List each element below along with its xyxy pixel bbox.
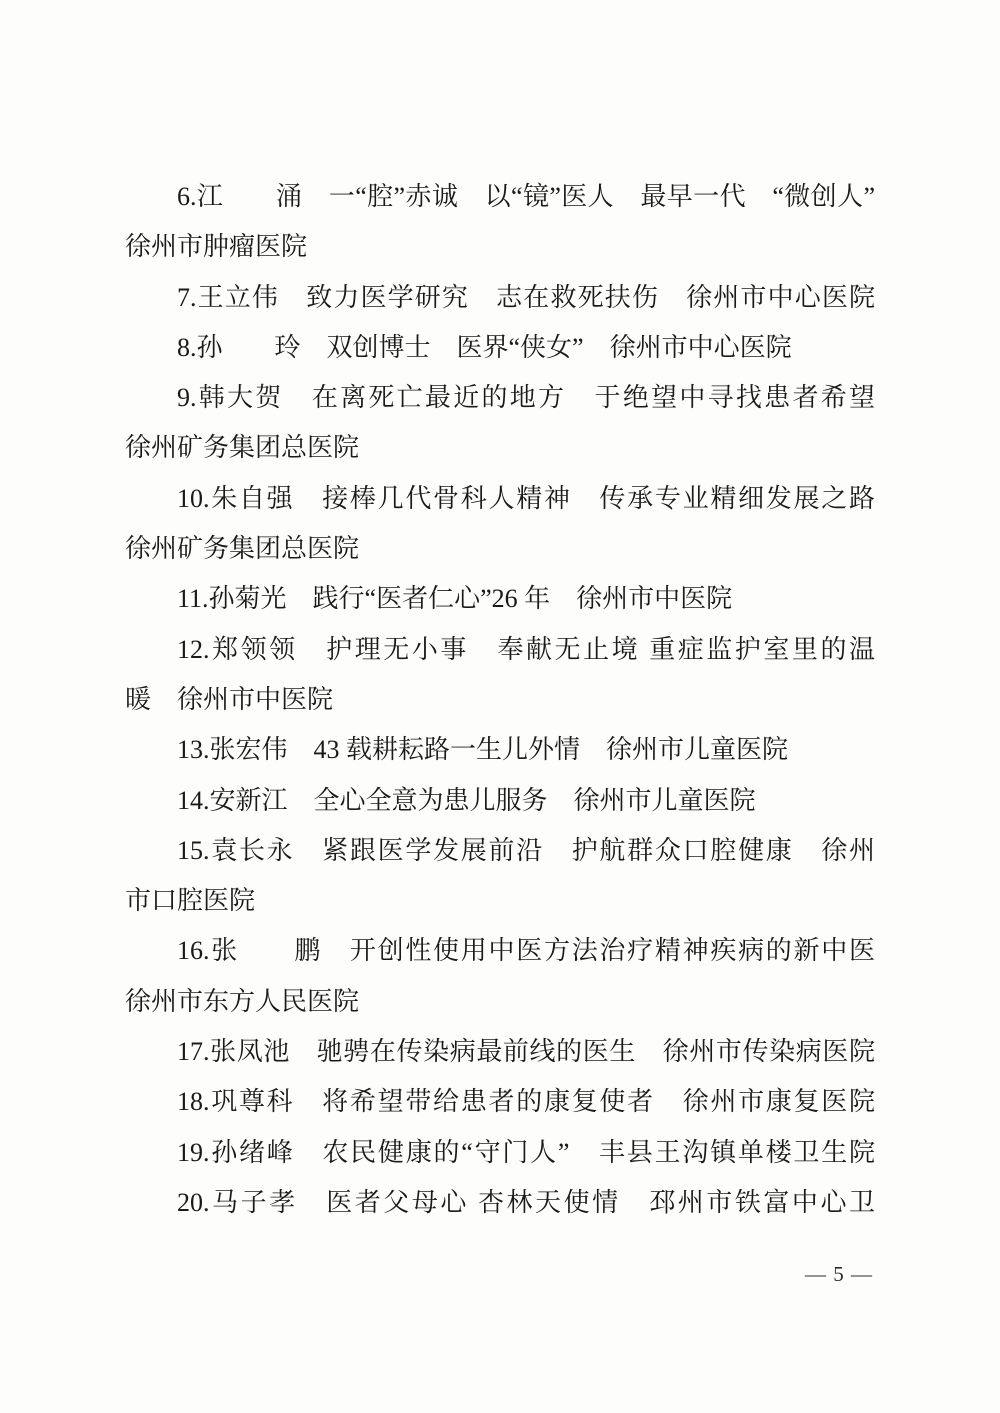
document-body: 6.江 涌 一“腔”赤诚 以“镜”医人 最早一代 “微创人”徐州市肿瘤医院7.王… <box>125 172 875 1228</box>
text-line: 11.孙菊光 践行“医者仁心”26 年 徐州市中医院 <box>125 574 875 624</box>
text-line: 19.孙绪峰 农民健康的“守门人” 丰县王沟镇单楼卫生院 <box>125 1128 875 1178</box>
text-line: 18.巩尊科 将希望带给患者的康复使者 徐州市康复医院 <box>125 1077 875 1127</box>
list-entry: 19.孙绪峰 农民健康的“守门人” 丰县王沟镇单楼卫生院 <box>125 1128 875 1178</box>
text-line: 12.郑领领 护理无小事 奉献无止境 重症监护室里的温 <box>125 625 875 675</box>
text-line: 8.孙 玲 双创博士 医界“侠女” 徐州市中心医院 <box>125 323 875 373</box>
list-entry: 20.马子孝 医者父母心 杏林天使情 邳州市铁富中心卫 <box>125 1178 875 1228</box>
text-line: 13.张宏伟 43 载耕耘路一生儿外情 徐州市儿童医院 <box>125 725 875 775</box>
text-line: 10.朱自强 接棒几代骨科人精神 传承专业精细发展之路 <box>125 474 875 524</box>
text-line: 14.安新江 全心全意为患儿服务 徐州市儿童医院 <box>125 776 875 826</box>
text-line: 暖 徐州市中医院 <box>125 675 875 725</box>
text-line: 徐州市肿瘤医院 <box>125 222 875 272</box>
page-number-text: — 5 — <box>805 1262 873 1286</box>
text-line: 20.马子孝 医者父母心 杏林天使情 邳州市铁富中心卫 <box>125 1178 875 1228</box>
list-entry: 15.袁长永 紧跟医学发展前沿 护航群众口腔健康 徐州市口腔医院 <box>125 826 875 927</box>
list-entry: 8.孙 玲 双创博士 医界“侠女” 徐州市中心医院 <box>125 323 875 373</box>
list-entry: 13.张宏伟 43 载耕耘路一生儿外情 徐州市儿童医院 <box>125 725 875 775</box>
text-line: 7.王立伟 致力医学研究 志在救死扶伤 徐州市中心医院 <box>125 273 875 323</box>
list-entry: 6.江 涌 一“腔”赤诚 以“镜”医人 最早一代 “微创人”徐州市肿瘤医院 <box>125 172 875 273</box>
page-number: — 5 — <box>805 1262 873 1287</box>
list-entry: 11.孙菊光 践行“医者仁心”26 年 徐州市中医院 <box>125 574 875 624</box>
list-entry: 12.郑领领 护理无小事 奉献无止境 重症监护室里的温暖 徐州市中医院 <box>125 625 875 726</box>
text-line: 15.袁长永 紧跟医学发展前沿 护航群众口腔健康 徐州 <box>125 826 875 876</box>
document-page: 6.江 涌 一“腔”赤诚 以“镜”医人 最早一代 “微创人”徐州市肿瘤医院7.王… <box>0 0 1000 1413</box>
text-line: 徐州矿务集团总医院 <box>125 423 875 473</box>
list-entry: 17.张凤池 驰骋在传染病最前线的医生 徐州市传染病医院 <box>125 1027 875 1077</box>
list-entry: 16.张 鹏 开创性使用中医方法治疗精神疾病的新中医徐州市东方人民医院 <box>125 926 875 1027</box>
list-entry: 10.朱自强 接棒几代骨科人精神 传承专业精细发展之路徐州矿务集团总医院 <box>125 474 875 575</box>
text-line: 16.张 鹏 开创性使用中医方法治疗精神疾病的新中医 <box>125 926 875 976</box>
text-line: 徐州矿务集团总医院 <box>125 524 875 574</box>
text-line: 市口腔医院 <box>125 876 875 926</box>
text-line: 徐州市东方人民医院 <box>125 977 875 1027</box>
list-entry: 9.韩大贺 在离死亡最近的地方 于绝望中寻找患者希望徐州矿务集团总医院 <box>125 373 875 474</box>
list-entry: 7.王立伟 致力医学研究 志在救死扶伤 徐州市中心医院 <box>125 273 875 323</box>
text-line: 9.韩大贺 在离死亡最近的地方 于绝望中寻找患者希望 <box>125 373 875 423</box>
text-line: 17.张凤池 驰骋在传染病最前线的医生 徐州市传染病医院 <box>125 1027 875 1077</box>
list-entry: 14.安新江 全心全意为患儿服务 徐州市儿童医院 <box>125 776 875 826</box>
text-line: 6.江 涌 一“腔”赤诚 以“镜”医人 最早一代 “微创人” <box>125 172 875 222</box>
list-entry: 18.巩尊科 将希望带给患者的康复使者 徐州市康复医院 <box>125 1077 875 1127</box>
